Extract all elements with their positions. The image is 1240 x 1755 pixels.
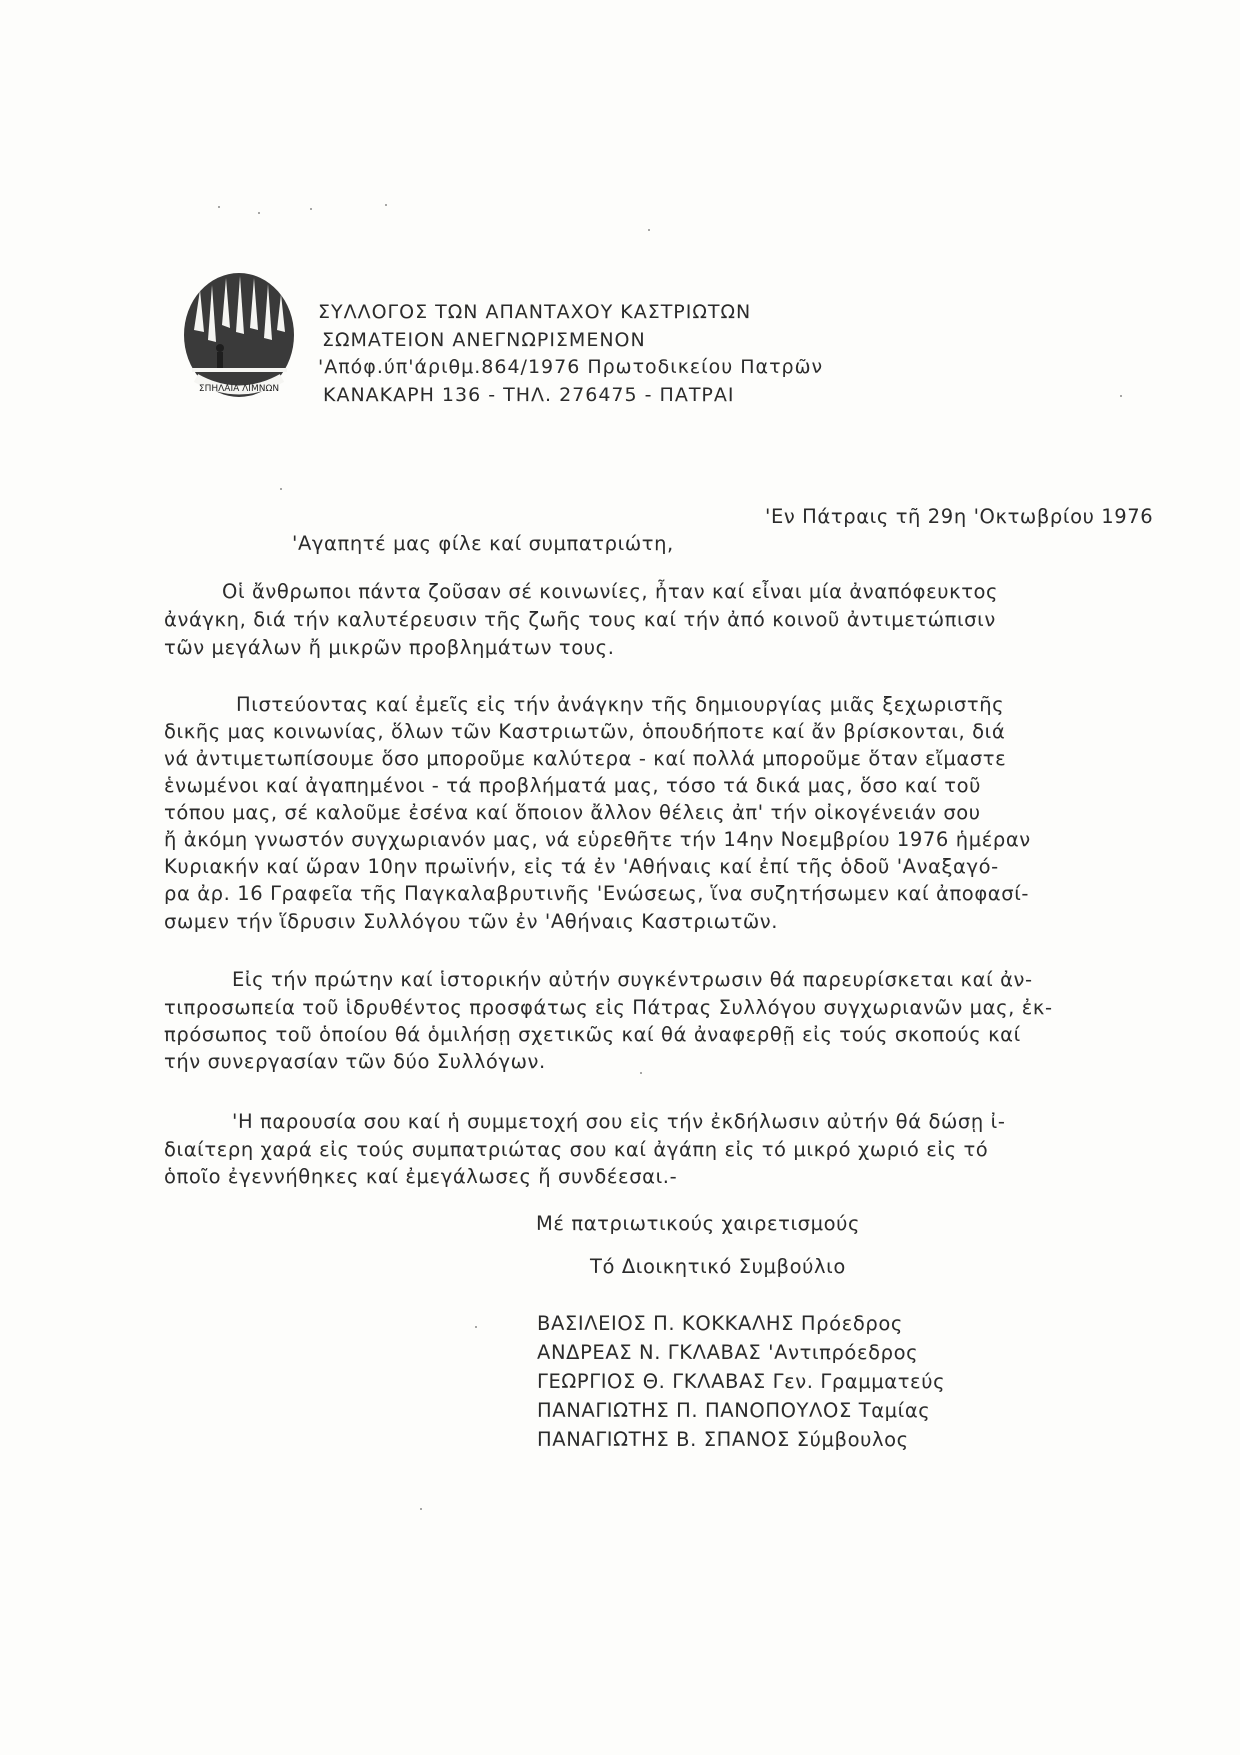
address-phone: ΚΑΝΑΚΑΡΗ 136 - ΤΗΛ. 276475 - ΠΑΤΡΑΙ [323,384,735,406]
scan-speck [1120,395,1122,397]
scan-speck [385,204,387,206]
association-name: ΣΥΛΛΟΓΟΣ ΤΩΝ ΑΠΑΝΤΑΧΟΥ ΚΑΣΤΡΙΩΤΩΝ [318,301,751,323]
board-member: ΓΕΩΡΓΙΟΣ Θ. ΓΚΛΑΒΑΣ Γεν. Γραμματεύς [537,1370,945,1393]
scan-speck [475,1326,477,1328]
text-line: τῶν μεγάλων ἤ μικρῶν προβλημάτων τους. [164,636,615,659]
closing: Μέ πατριωτικούς χαιρετισμούς [536,1212,860,1235]
association-status: ΣΩΜΑΤΕΙΟΝ ΑΝΕΓΝΩΡΙΣΜΕΝΟΝ [322,329,646,351]
board-member: ΠΑΝΑΓΙΩΤΗΣ Π. ΠΑΝΟΠΟΥΛΟΣ Ταμίας [537,1399,930,1422]
scan-speck [420,1508,422,1510]
text-line: ἤ ἀκόμη γνωστόν συγχωριανόν μας, νά εὑρε… [164,828,1031,851]
date-line: 'Εν Πάτραις τῆ 29η 'Οκτωβρίου 1976 [765,505,1153,528]
text-line: τιπροσωπεία τοῦ ἱδρυθέντος προσφάτως εἰς… [164,996,1053,1019]
scan-speck [310,208,312,210]
text-line: τήν συνεργασίαν τῶν δύο Συλλόγων. [164,1050,546,1073]
text-line: σωμεν τήν ἵδρυσιν Συλλόγου τῶν ἐν 'Αθήνα… [164,910,778,933]
text-line: ὁποῖο ἐγεννήθηκες καί ἐμεγάλωσες ἤ συνδέ… [164,1165,677,1188]
text-line: ἑνωμένοι καί ἀγαπημένοι - τά προβλήματά … [164,774,981,797]
text-line: Πιστεύοντας καί ἐμεῖς εἰς τήν ἀνάγκην τῆ… [236,693,1004,716]
text-line: ἀνάγκη, διά τήν καλυτέρευσιν τῆς ζωῆς το… [164,608,996,631]
text-line: δικῆς μας κοινωνίας, ὅλων τῶν Καστριωτῶν… [164,720,1005,743]
board-member: ΑΝΔΡΕΑΣ Ν. ΓΚΛΑΒΑΣ 'Αντιπρόεδρος [537,1341,918,1364]
cave-stalactites-emblem-icon: ΣΠΗΛΑΙΑ ΛΙΜΝΩΝ [182,270,297,400]
scan-speck [640,1072,642,1074]
scan-speck [280,488,282,490]
court-decision: 'Απόφ.ύπ'άριθμ.864/1976 Πρωτοδικείου Πατ… [318,356,823,378]
text-line: Κυριακήν καί ὥραν 10ην πρωϊνήν, εἰς τά ἐ… [164,855,999,878]
scanned-letter-page: ΣΠΗΛΑΙΑ ΛΙΜΝΩΝ ΣΥΛΛΟΓΟΣ ΤΩΝ ΑΠΑΝΤΑΧΟΥ ΚΑ… [0,0,1240,1755]
text-line: τόπου μας, σέ καλοῦμε ἐσένα καί ὅποιον ἄ… [164,801,981,824]
text-line: ρα ἀρ. 16 Γραφεῖα τῆς Παγκαλαβρυτινῆς 'Ε… [164,882,1029,905]
text-line: 'Η παρουσία σου καί ἡ συμμετοχή σου εἰς … [232,1110,1005,1133]
scan-speck [218,206,220,208]
svg-text:ΣΠΗΛΑΙΑ ΛΙΜΝΩΝ: ΣΠΗΛΑΙΑ ΛΙΜΝΩΝ [199,384,279,394]
salutation: 'Αγαπητέ μας φίλε καί συμπατριώτη, [292,532,674,555]
board-member: ΒΑΣΙΛΕΙΟΣ Π. ΚΟΚΚΑΛΗΣ Πρόεδρος [537,1312,903,1335]
text-line: Εἰς τήν πρώτην καί ἱστορικήν αὐτήν συγκέ… [232,968,1033,991]
text-line: Οἱ ἄνθρωποι πάντα ζοῦσαν σέ κοινωνίες, ἦ… [222,580,998,603]
scan-speck [648,229,650,231]
signature-body: Τό Διοικητικό Συμβούλιο [590,1255,846,1278]
text-line: διαίτερη χαρά εἰς τούς συμπατριώτας σου … [164,1138,988,1161]
scan-speck [258,212,260,214]
text-line: νά ἀντιμετωπίσουμε ὅσο μποροῦμε καλύτερα… [164,747,1006,770]
board-member: ΠΑΝΑΓΙΩΤΗΣ Β. ΣΠΑΝΟΣ Σύμβουλος [537,1428,909,1451]
text-line: πρόσωπος τοῦ ὁποίου θά ὁμιλήσῃ σχετικῶς … [164,1023,1021,1046]
